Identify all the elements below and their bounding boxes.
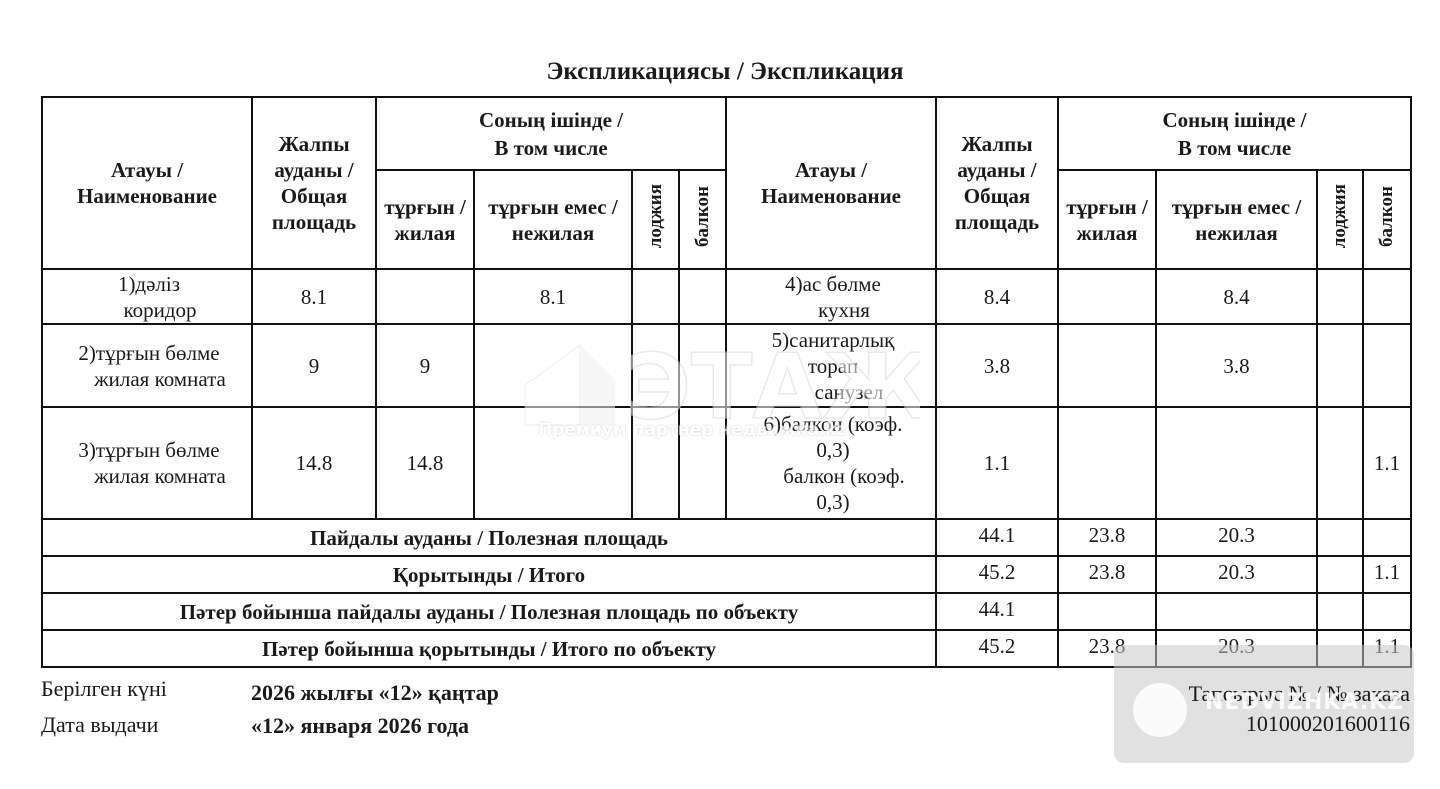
cell-nonliving: 8.4 xyxy=(1156,269,1317,324)
cell-living xyxy=(376,269,474,324)
summary-total: 44.1 xyxy=(936,593,1058,630)
cell-balcony xyxy=(1363,269,1411,324)
issue-date-value-kz: 2026 жылғы «12» қаңтар xyxy=(251,680,499,706)
explication-table: Атауы /НаименованиеЖалпыауданы /Общаяпло… xyxy=(41,96,1412,668)
header-total-area: Жалпыауданы /Общаяплощадь xyxy=(936,97,1058,269)
cell-loggia xyxy=(632,269,679,324)
cell-loggia xyxy=(1317,324,1363,407)
issue-date-label-ru: Дата выдачи xyxy=(41,712,158,738)
summary-row: Пайдалы ауданы / Полезная площадь44.123.… xyxy=(42,519,1411,556)
cell-nonliving xyxy=(474,407,632,519)
cell-total: 3.8 xyxy=(936,324,1058,407)
summary-balcony xyxy=(1363,593,1411,630)
cell-loggia xyxy=(1317,269,1363,324)
cell-balcony xyxy=(679,269,726,324)
table-row: 1)дәлізкоридор8.18.14)ас бөлмекухня8.48.… xyxy=(42,269,1411,324)
summary-nonliving xyxy=(1156,593,1317,630)
cell-loggia xyxy=(632,324,679,407)
header-living: тұрғын /жилая xyxy=(1058,170,1156,269)
summary-label: Қорытынды / Итого xyxy=(42,556,936,593)
cell-nonliving: 3.8 xyxy=(1156,324,1317,407)
cell-total: 1.1 xyxy=(936,407,1058,519)
room-name: 6)балкон (коэф.0,3)балкон (коэф.0,3) xyxy=(726,407,936,519)
room-name: 4)ас бөлмекухня xyxy=(726,269,936,324)
cell-living: 9 xyxy=(376,324,474,407)
cell-balcony: 1.1 xyxy=(1363,407,1411,519)
cell-balcony xyxy=(679,407,726,519)
summary-loggia xyxy=(1317,519,1363,556)
header-loggia: лоджия xyxy=(1317,170,1363,269)
summary-living xyxy=(1058,593,1156,630)
cell-balcony xyxy=(679,324,726,407)
cell-total: 14.8 xyxy=(252,407,376,519)
summary-balcony: 1.1 xyxy=(1363,556,1411,593)
room-name: 5)санитарлықторапсанузел xyxy=(726,324,936,407)
header-nonliving: тұрғын емес /нежилая xyxy=(474,170,632,269)
cell-loggia xyxy=(632,407,679,519)
document-title: Экспликациясы / Экспликация xyxy=(0,58,1440,86)
cell-living xyxy=(1058,324,1156,407)
header-name: Атауы /Наименование xyxy=(726,97,936,269)
header-row: Атауы /НаименованиеЖалпыауданы /Общаяпло… xyxy=(42,97,1411,170)
cell-total: 8.1 xyxy=(252,269,376,324)
summary-total: 44.1 xyxy=(936,519,1058,556)
table-row: 2)тұрғын бөлмежилая комната995)санитарлы… xyxy=(42,324,1411,407)
summary-nonliving: 20.3 xyxy=(1156,556,1317,593)
summary-row: Пәтер бойынша пайдалы ауданы / Полезная … xyxy=(42,593,1411,630)
header-balcony: балкон xyxy=(1363,170,1411,269)
table-row: 3)тұрғын бөлмежилая комната14.814.86)бал… xyxy=(42,407,1411,519)
header-name: Атауы /Наименование xyxy=(42,97,252,269)
header-living: тұрғын /жилая xyxy=(376,170,474,269)
header-total-area: Жалпыауданы /Общаяплощадь xyxy=(252,97,376,269)
header-balcony: балкон xyxy=(679,170,726,269)
room-name: 1)дәлізкоридор xyxy=(42,269,252,324)
room-name: 2)тұрғын бөлмежилая комната xyxy=(42,324,252,407)
summary-loggia xyxy=(1317,593,1363,630)
summary-living: 23.8 xyxy=(1058,519,1156,556)
cell-total: 9 xyxy=(252,324,376,407)
cell-living: 14.8 xyxy=(376,407,474,519)
summary-total: 45.2 xyxy=(936,630,1058,667)
cell-nonliving xyxy=(1156,407,1317,519)
summary-total: 45.2 xyxy=(936,556,1058,593)
summary-row: Қорытынды / Итого45.223.820.31.1 xyxy=(42,556,1411,593)
header-loggia: лоджия xyxy=(632,170,679,269)
issue-date-value-ru: «12» января 2026 года xyxy=(251,713,469,739)
header-including: Соның ішінде /В том числе xyxy=(1058,97,1411,170)
summary-loggia xyxy=(1317,556,1363,593)
issue-date-label-kz: Берілген күні xyxy=(41,676,167,702)
cell-total: 8.4 xyxy=(936,269,1058,324)
summary-balcony xyxy=(1363,519,1411,556)
summary-label: Пайдалы ауданы / Полезная площадь xyxy=(42,519,936,556)
summary-label: Пәтер бойынша қорытынды / Итого по объек… xyxy=(42,630,936,667)
header-including: Соның ішінде /В том числе xyxy=(376,97,726,170)
header-nonliving: тұрғын емес /нежилая xyxy=(1156,170,1317,269)
nedvizhka-logo-icon xyxy=(1133,683,1187,737)
cell-nonliving xyxy=(474,324,632,407)
cell-living xyxy=(1058,407,1156,519)
cell-loggia xyxy=(1317,407,1363,519)
cell-balcony xyxy=(1363,324,1411,407)
nedvizhka-watermark-text: NEDVIZHKA.KZ xyxy=(1205,690,1404,715)
cell-living xyxy=(1058,269,1156,324)
cell-nonliving: 8.1 xyxy=(474,269,632,324)
summary-living: 23.8 xyxy=(1058,556,1156,593)
summary-label: Пәтер бойынша пайдалы ауданы / Полезная … xyxy=(42,593,936,630)
summary-nonliving: 20.3 xyxy=(1156,519,1317,556)
room-name: 3)тұрғын бөлмежилая комната xyxy=(42,407,252,519)
